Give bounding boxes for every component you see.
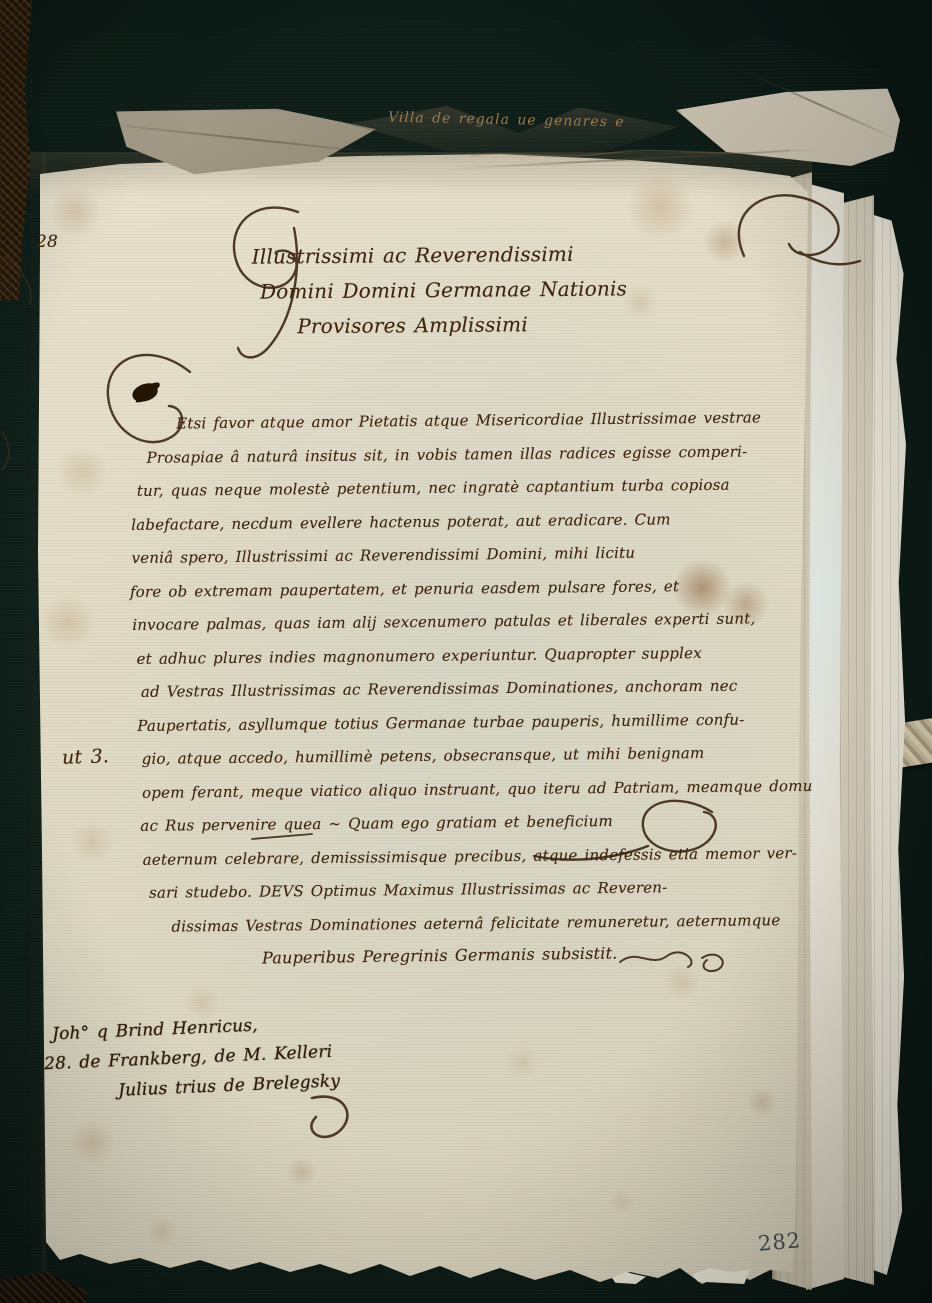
letter-heading: Illustrissimi ac Reverendissimi Domini D… xyxy=(252,236,628,344)
body-line: invocare palmas, quas iam alij sexcenume… xyxy=(132,602,811,643)
body-line: tur, quas neque molestè petentium, nec i… xyxy=(137,468,810,509)
heading-line-2: Domini Domini Germanae Nationis xyxy=(260,271,627,309)
page-number: 282 xyxy=(757,1228,802,1256)
manuscript-photo: Villa de regala ue genares e 28 ut 3. 28… xyxy=(0,0,932,1303)
body-line: opem ferant, meque viatico aliquo instru… xyxy=(142,769,813,810)
folded-flap xyxy=(676,88,926,188)
body-line: Paupertatis, asyllumque totius Germanae … xyxy=(137,702,812,743)
left-page-sliver xyxy=(0,142,46,1292)
folio-number: 28 xyxy=(36,232,58,252)
marginal-note: ut 3. xyxy=(62,745,110,769)
letter-body: Etsi favor atque amor Pietatis atque Mis… xyxy=(128,401,814,944)
torn-flap xyxy=(116,106,376,174)
heading-line-3: Provisores Amplissimi xyxy=(297,306,627,344)
body-line: dissimas Vestras Dominationes aeternâ fe… xyxy=(171,903,814,943)
body-line: aeternum celebrare, demississimisque pre… xyxy=(143,836,814,877)
heading-line-1: Illustrissimi ac Reverendissimi xyxy=(252,236,627,274)
